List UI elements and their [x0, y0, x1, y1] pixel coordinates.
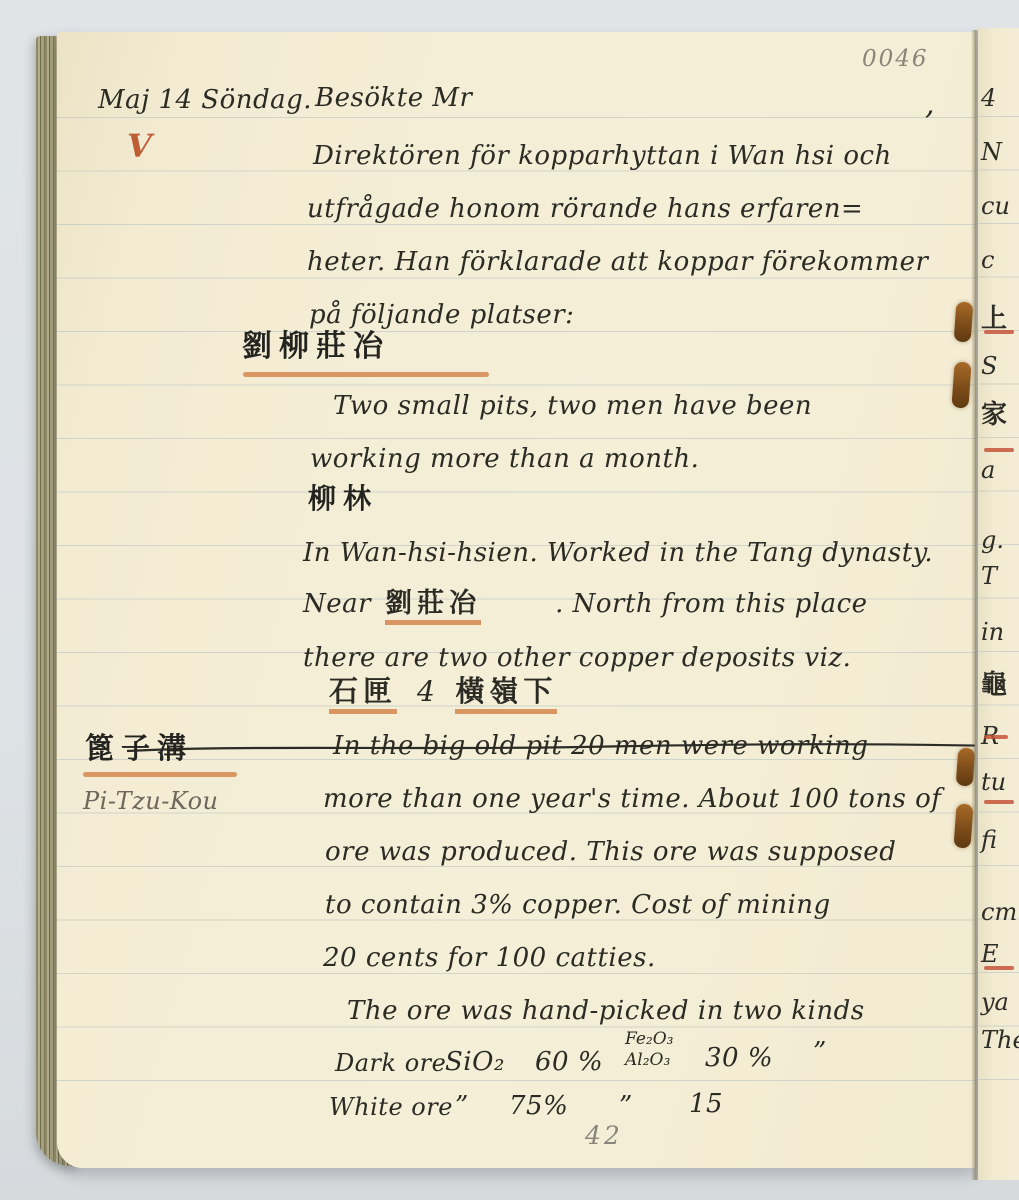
next-page-fragment: g. — [981, 528, 1004, 552]
rust-staple-mark — [951, 361, 971, 408]
site1-heading-underline — [243, 372, 489, 377]
next-page-fragment: fi — [981, 828, 997, 852]
next-page-fragment: cm — [981, 900, 1017, 924]
red-check-mark: V — [127, 130, 152, 162]
next-page-fragment: E — [981, 942, 999, 966]
site1-cjk-heading: 劉柳莊冶 — [242, 332, 390, 362]
red-underline-fragment — [984, 966, 1014, 970]
site3-para-3: ore was produced. This ore was supposed — [325, 838, 896, 867]
red-underline-fragment — [984, 448, 1014, 452]
site3-cjk-heading: 篦子溝 — [85, 734, 193, 763]
red-underline-fragment — [984, 800, 1014, 804]
site1-note-2: working more than a month. — [310, 445, 699, 474]
site1-note-1: Two small pits, two men have been — [333, 392, 812, 421]
site3-para-5: 20 cents for 100 catties. — [323, 944, 656, 973]
swedish-line-3: heter. Han förklarade att koppar förekom… — [307, 248, 928, 277]
page-number: 42 — [585, 1122, 623, 1150]
next-page-fragment: ya — [981, 990, 1009, 1014]
scanned-notebook-photo: 0046 Maj 14 Söndag. Besökte Mr , V Direk… — [0, 0, 1019, 1200]
red-underline-fragment — [984, 330, 1014, 334]
next-page-fragment: T — [981, 564, 997, 588]
next-page-fragment: cu — [981, 194, 1010, 218]
site2-cjk-heading: 柳林 — [308, 485, 378, 513]
site3-para-1: In the big old pit 20 men were working — [333, 732, 868, 761]
assay-row2-label: White ore — [329, 1094, 453, 1120]
next-page-fragment: N — [981, 140, 1002, 164]
notebook-page: 0046 Maj 14 Söndag. Besökte Mr , V Direk… — [57, 32, 975, 1168]
assay-row1-compound: SiO₂ — [445, 1048, 505, 1077]
swedish-line-4: på följande platser: — [309, 301, 574, 330]
assay-fe2o3: Fe₂O₃ — [625, 1030, 674, 1050]
next-page-fragment: a — [981, 458, 995, 482]
site3-para-4: to contain 3% copper. Cost of mining — [325, 891, 831, 920]
near-prefix: Near — [303, 590, 371, 619]
next-page-fragment: tu — [981, 770, 1006, 794]
site3-heading-underline — [83, 772, 237, 777]
site2-note-1: In Wan-hsi-hsien. Worked in the Tang dyn… — [303, 539, 933, 568]
deposit-number: 4 — [417, 677, 435, 708]
next-page-fragment: in — [981, 620, 1004, 644]
folio-number: 0046 — [862, 47, 929, 72]
site2-near-line: Near 劉莊冶 . North from this place — [303, 590, 868, 625]
entry-date: Maj 14 Söndag. — [98, 86, 312, 115]
near-suffix: . North from this place — [555, 590, 867, 619]
assay-row2-ditto2: ” — [619, 1092, 633, 1121]
deposit-cjk-a: 石匣 — [329, 677, 397, 714]
opening-line: Besökte Mr — [315, 84, 472, 113]
assay-al2o3: Al₂O₃ — [625, 1051, 674, 1071]
opening-comma: , — [925, 88, 935, 121]
assay-row1-value2: 30 % — [705, 1044, 773, 1073]
deposit-cjk-b: 橫嶺下 — [455, 677, 557, 714]
swedish-line-2: utfrågade honom rörande hans erfaren= — [307, 195, 863, 224]
site3-para-2: more than one year's time. About 100 ton… — [323, 785, 941, 814]
near-cjk-name: 劉莊冶 — [385, 590, 481, 625]
next-page-fragment: 家 — [981, 394, 1007, 431]
assay-row2-value2: 15 — [689, 1090, 723, 1119]
next-page-fragment: The — [981, 1028, 1019, 1052]
site2-note-2: there are two other copper deposits viz. — [303, 644, 851, 673]
assay-row2-value1: 75% — [509, 1092, 568, 1121]
site3-romanization: Pi-Tzu-Kou — [83, 788, 219, 814]
site3-para-6: The ore was hand-picked in two kinds — [347, 997, 865, 1026]
assay-row1-value1: 60 % — [535, 1048, 603, 1077]
next-page-fragment: 4 — [981, 86, 996, 110]
next-page-sliver: 4Ncuc上S家ag.Tin龜RtuficmEyaThe — [978, 28, 1019, 1180]
swedish-line-1: Direktören för kopparhyttan i Wan hsi oc… — [313, 142, 892, 171]
next-page-fragment: S — [981, 354, 997, 378]
next-page-fragment: c — [981, 248, 994, 272]
assay-row1-label: Dark ore — [335, 1050, 446, 1076]
red-underline-fragment — [984, 735, 1008, 739]
assay-formula-stack: Fe₂O₃ Al₂O₃ — [625, 1030, 674, 1070]
assay-row1-ditto: ” — [813, 1038, 827, 1067]
assay-row2-ditto1: ” — [455, 1092, 469, 1121]
next-page-fragment: 龜 — [981, 664, 1007, 701]
site2-deposits-line: 石匣 4 橫嶺下 — [329, 677, 557, 714]
